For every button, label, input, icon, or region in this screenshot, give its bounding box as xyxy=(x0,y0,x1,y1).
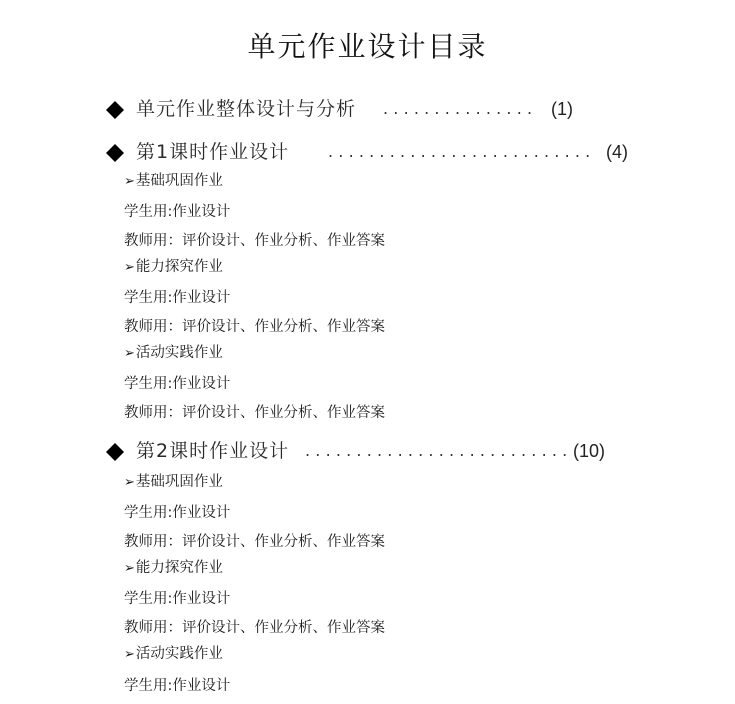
page-title: 单元作业设计目录 xyxy=(0,28,735,66)
diamond-bullet-icon xyxy=(106,101,124,119)
student-line: 学生用:作业设计 xyxy=(124,374,230,394)
section-title-practice: ➢活动实践作业 xyxy=(124,343,223,364)
toc-entry-lesson-2[interactable]: 第2课时作业设计 .......................... (10) xyxy=(106,438,626,464)
dot-leader: ............... xyxy=(383,96,537,122)
page-number: (4) xyxy=(606,139,628,165)
student-line: 学生用:作业设计 xyxy=(124,202,230,222)
student-line: 学生用:作业设计 xyxy=(124,676,230,696)
diamond-bullet-icon xyxy=(106,443,124,461)
toc-entry-label: 单元作业整体设计与分析 xyxy=(136,96,356,122)
teacher-line: 教师用：评价设计、作业分析、作业答案 xyxy=(124,618,385,638)
teacher-line: 教师用：评价设计、作业分析、作业答案 xyxy=(124,317,385,337)
section-title-practice: ➢活动实践作业 xyxy=(124,644,223,665)
diamond-bullet-icon xyxy=(106,144,124,162)
section-title-ability: ➢能力探究作业 xyxy=(124,257,223,278)
section-title-basic: ➢基础巩固作业 xyxy=(124,472,223,493)
toc-entry-label: 第2课时作业设计 xyxy=(136,438,289,464)
arrowhead-bullet-icon: ➢ xyxy=(124,344,135,364)
teacher-line: 教师用：评价设计、作业分析、作业答案 xyxy=(124,532,385,552)
page-number: (10) xyxy=(573,438,605,464)
page-number: (1) xyxy=(551,96,573,122)
student-line: 学生用:作业设计 xyxy=(124,288,230,308)
arrowhead-bullet-icon: ➢ xyxy=(124,258,135,278)
arrowhead-bullet-icon: ➢ xyxy=(124,645,135,665)
arrowhead-bullet-icon: ➢ xyxy=(124,473,135,493)
toc-entry-lesson-1[interactable]: 第1课时作业设计 .......................... (4) xyxy=(106,139,646,165)
arrowhead-bullet-icon: ➢ xyxy=(124,559,135,579)
student-line: 学生用:作业设计 xyxy=(124,589,230,609)
dot-leader: .......................... xyxy=(328,139,595,165)
toc-entry-unit-overview[interactable]: 单元作业整体设计与分析 ............... (1) xyxy=(106,96,606,122)
arrowhead-bullet-icon: ➢ xyxy=(124,172,135,192)
section-title-basic: ➢基础巩固作业 xyxy=(124,171,223,192)
section-title-ability: ➢能力探究作业 xyxy=(124,558,223,579)
teacher-line: 教师用：评价设计、作业分析、作业答案 xyxy=(124,231,385,251)
dot-leader: .......................... xyxy=(305,438,572,464)
student-line: 学生用:作业设计 xyxy=(124,503,230,523)
teacher-line: 教师用：评价设计、作业分析、作业答案 xyxy=(124,403,385,423)
toc-entry-label: 第1课时作业设计 xyxy=(136,139,289,165)
